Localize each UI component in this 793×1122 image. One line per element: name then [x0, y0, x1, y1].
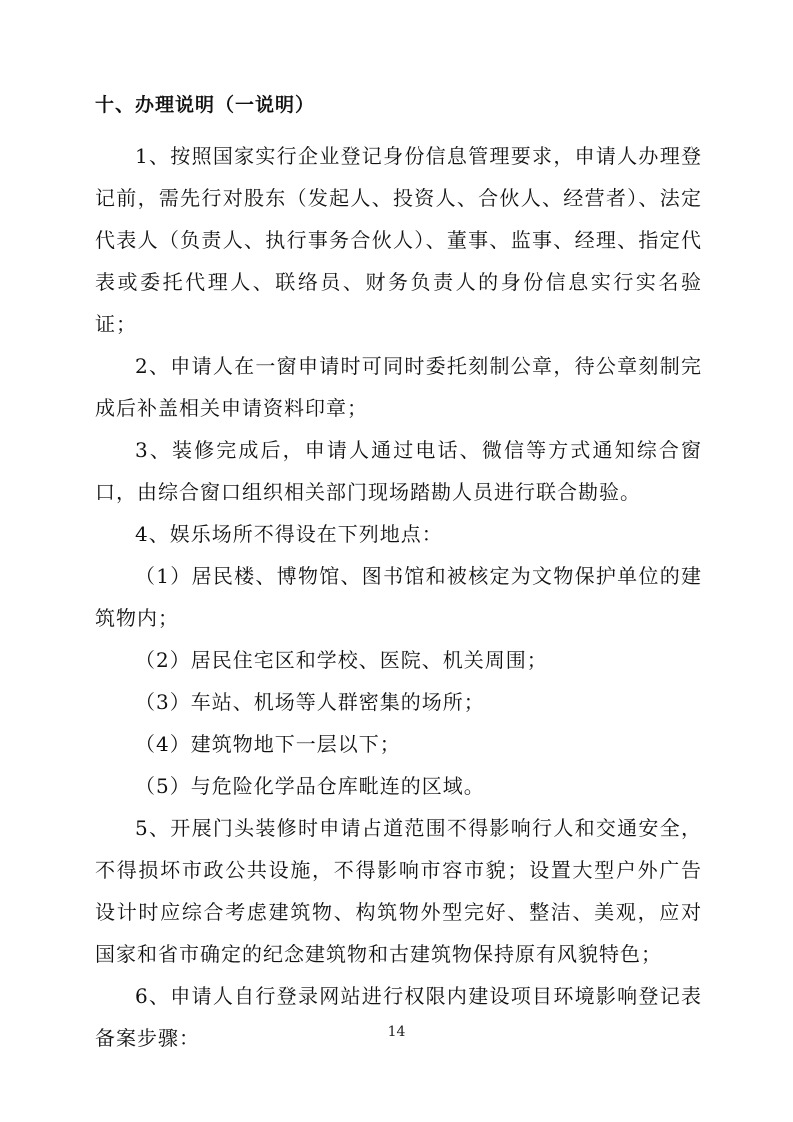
paragraph: 6、申请人自行登录网站进行权限内建设项目环境影响登记表备案步骤： [95, 975, 702, 1059]
paragraph: （5）与危险化学品仓库毗连的区域。 [95, 765, 702, 807]
paragraph: （2）居民住宅区和学校、医院、机关周围； [95, 639, 702, 681]
paragraph-list: 1、按照国家实行企业登记身份信息管理要求，申请人办理登记前，需先行对股东（发起人… [95, 135, 702, 1059]
paragraph: 1、按照国家实行企业登记身份信息管理要求，申请人办理登记前，需先行对股东（发起人… [95, 135, 702, 345]
paragraph: （4）建筑物地下一层以下； [95, 723, 702, 765]
page-number: 14 [0, 1024, 793, 1040]
document-content: 十、办理说明（一说明） 1、按照国家实行企业登记身份信息管理要求，申请人办理登记… [95, 93, 702, 1059]
paragraph: （3）车站、机场等人群密集的场所； [95, 681, 702, 723]
document-page: 十、办理说明（一说明） 1、按照国家实行企业登记身份信息管理要求，申请人办理登记… [0, 0, 793, 1122]
section-heading: 十、办理说明（一说明） [95, 93, 702, 117]
paragraph: 4、娱乐场所不得设在下列地点： [95, 513, 702, 555]
paragraph: （1）居民楼、博物馆、图书馆和被核定为文物保护单位的建筑物内； [95, 555, 702, 639]
paragraph: 3、装修完成后，申请人通过电话、微信等方式通知综合窗口，由综合窗口组织相关部门现… [95, 429, 702, 513]
paragraph: 5、开展门头装修时申请占道范围不得影响行人和交通安全，不得损坏市政公共设施，不得… [95, 807, 702, 975]
paragraph: 2、申请人在一窗申请时可同时委托刻制公章，待公章刻制完成后补盖相关申请资料印章； [95, 345, 702, 429]
